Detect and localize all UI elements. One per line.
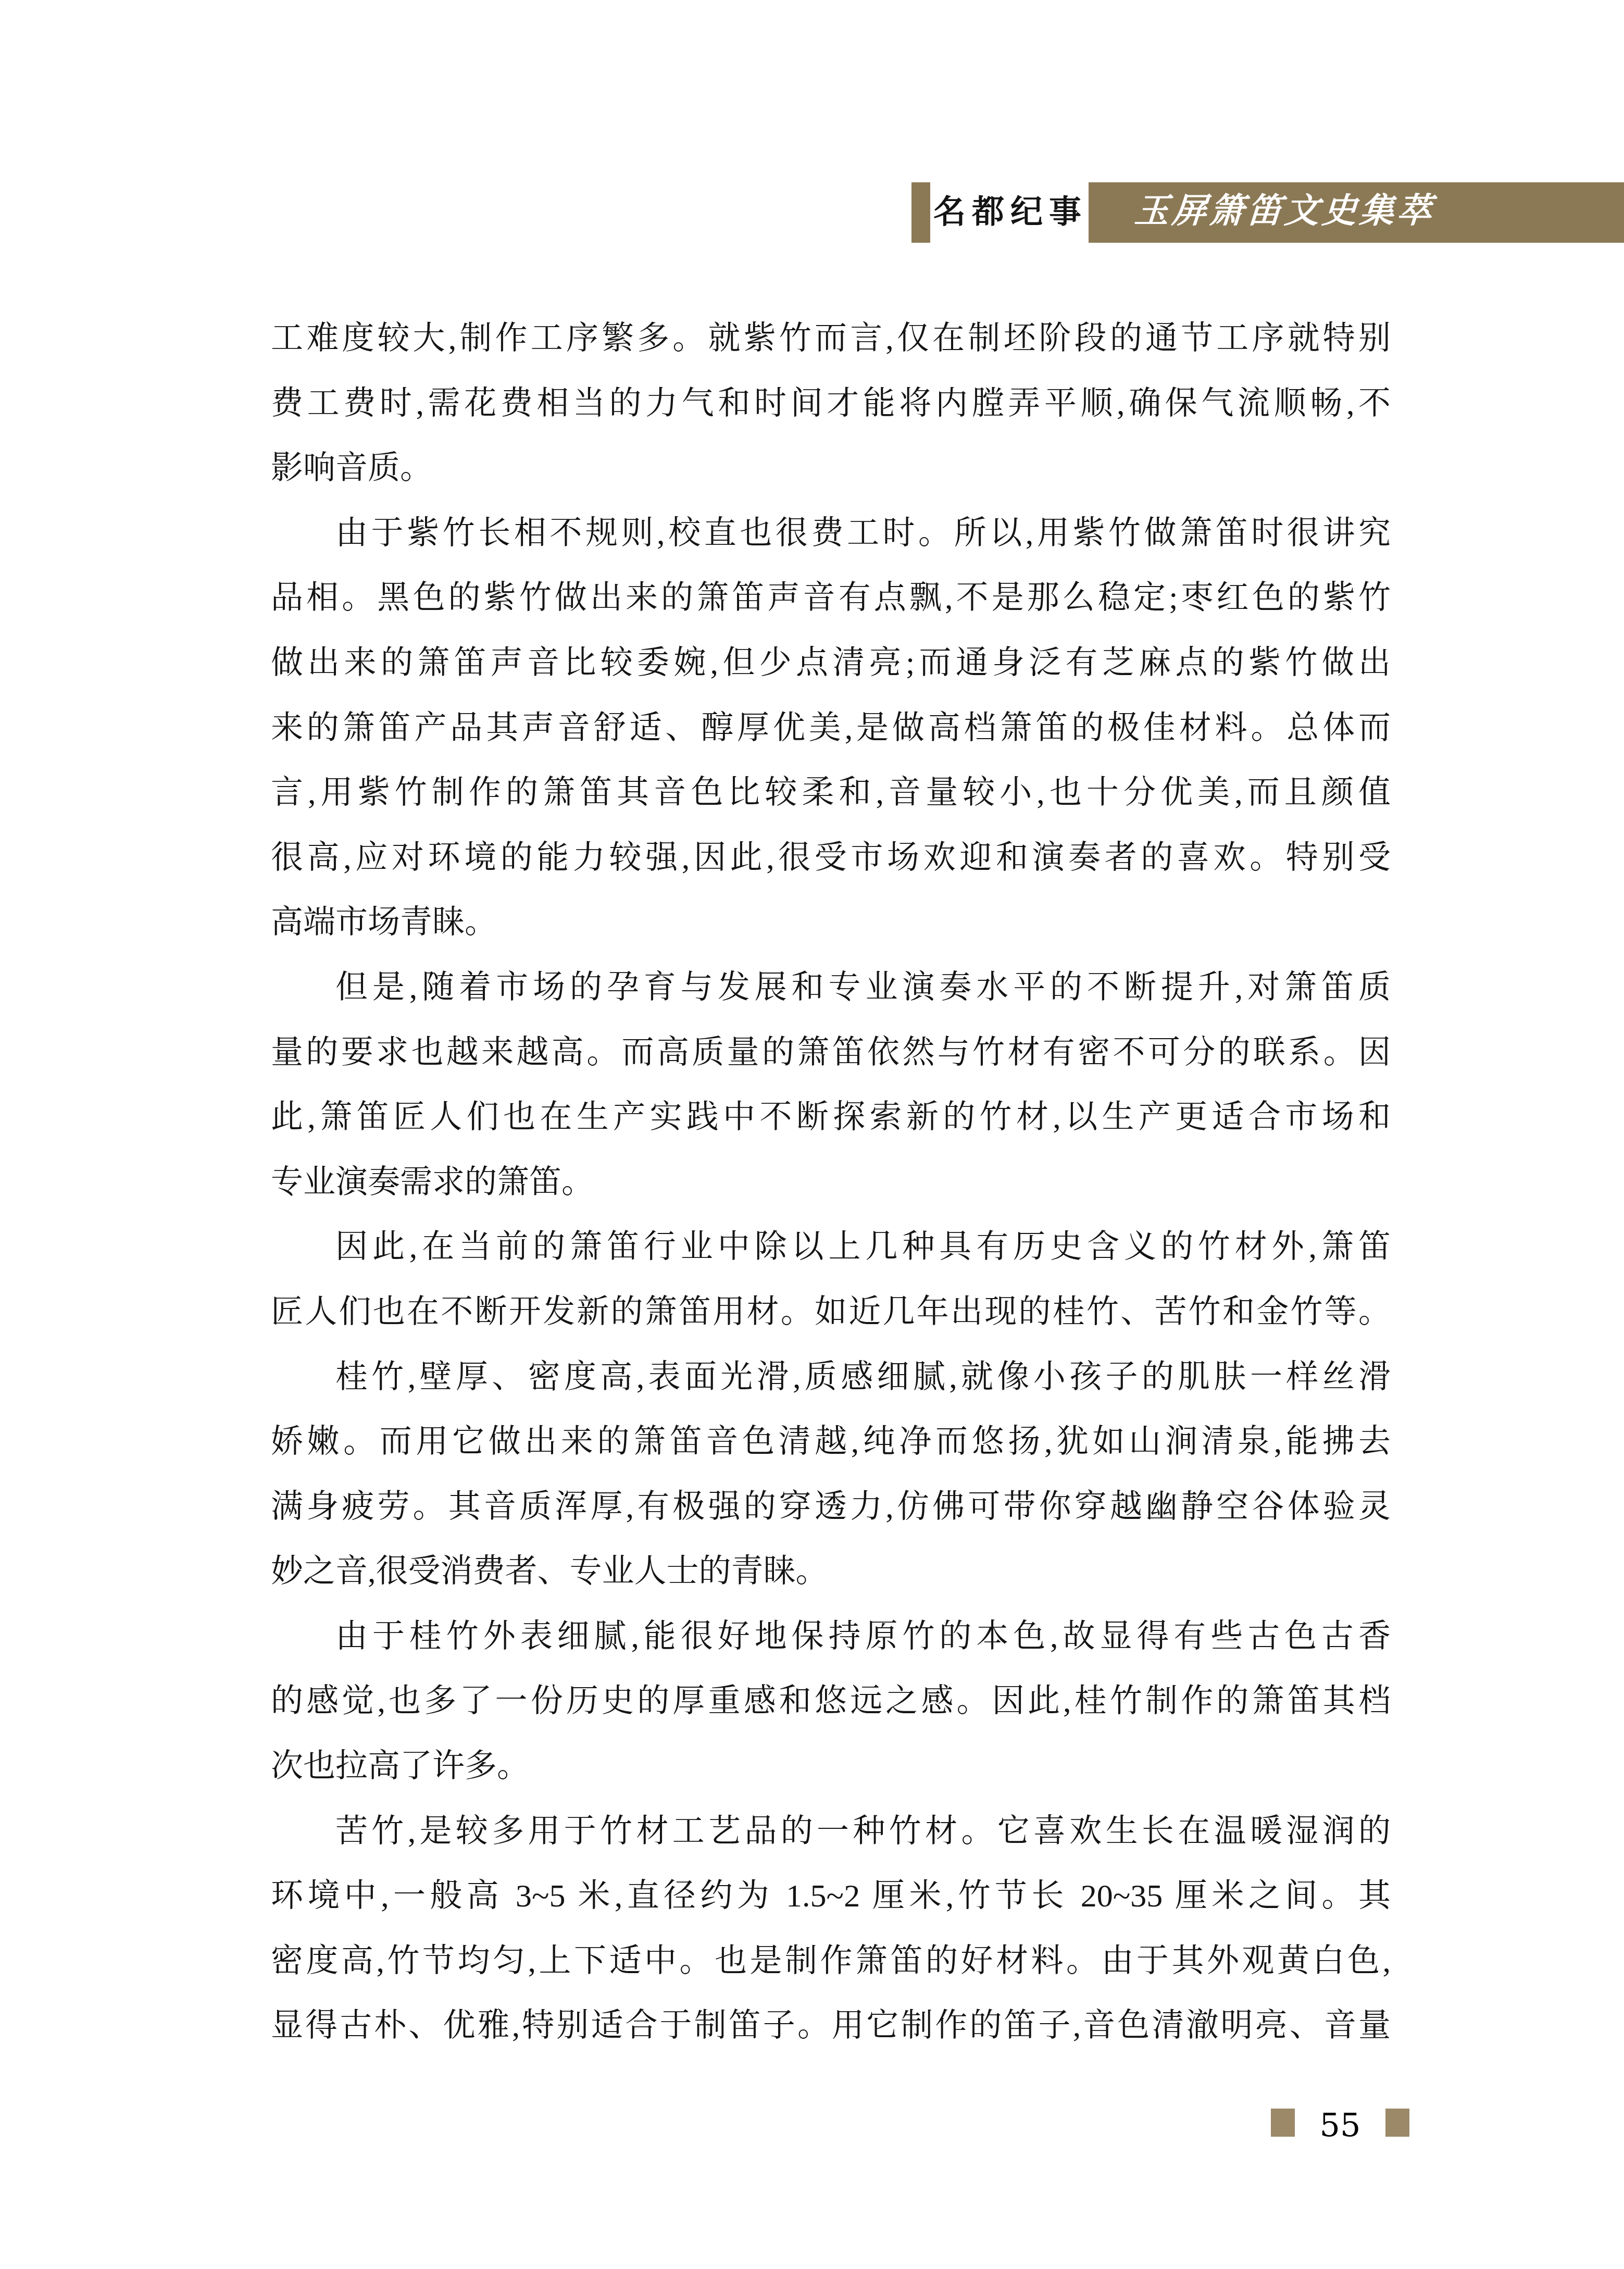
- header-section-label: 名都纪事: [933, 182, 1088, 243]
- body-text-line: 工难度较大,制作工序繁多。就紫竹而言,仅在制坯阶段的通节工序就特别: [271, 306, 1391, 371]
- body-text-line: 由于紫竹长相不规则,校直也很费工时。所以,用紫竹做箫笛时很讲究: [271, 501, 1391, 566]
- footer-ornament-left: [1271, 2109, 1295, 2137]
- body-text-line: 桂竹,壁厚、密度高,表面光滑,质感细腻,就像小孩子的肌肤一样丝滑: [271, 1345, 1391, 1410]
- body-text-line: 来的箫笛产品其声音舒适、醇厚优美,是做高档箫笛的极佳材料。总体而: [271, 696, 1391, 761]
- body-text-line: 匠人们也在不断开发新的箫笛用材。如近几年出现的桂竹、苦竹和金竹等。: [271, 1280, 1391, 1345]
- body-text-line: 高端市场青睐。: [271, 890, 1391, 955]
- body-text-line: 言,用紫竹制作的箫笛其音色比较柔和,音量较小,也十分优美,而且颜值: [271, 761, 1391, 826]
- body-text-line: 环境中,一般高 3~5 米,直径约为 1.5~2 厘米,竹节长 20~35 厘米…: [271, 1864, 1391, 1929]
- body-text-line: 影响音质。: [271, 436, 1391, 501]
- body-text-line: 因此,在当前的箫笛行业中除以上几种具有历史含义的竹材外,箫笛: [271, 1215, 1391, 1280]
- page-number: 55: [1295, 2104, 1385, 2146]
- body-text-line: 品相。黑色的紫竹做出来的箫笛声音有点飘,不是那么稳定;枣红色的紫竹: [271, 566, 1391, 631]
- body-text-line: 量的要求也越来越高。而高质量的箫笛依然与竹材有密不可分的联系。因: [271, 1020, 1391, 1086]
- body-text-line: 做出来的箫笛声音比较委婉,但少点清亮;而通身泛有芝麻点的紫竹做出: [271, 631, 1391, 696]
- body-text-line: 很高,应对环境的能力较强,因此,很受市场欢迎和演奏者的喜欢。特别受: [271, 826, 1391, 891]
- body-text-line: 次也拉高了许多。: [271, 1734, 1391, 1799]
- header-book-title-calligraphy: 玉屏箫笛文史集萃: [1132, 182, 1436, 243]
- page-header: 名都纪事 玉屏箫笛文史集萃: [0, 182, 1624, 243]
- body-text-line: 妙之音,很受消费者、专业人士的青睐。: [271, 1539, 1391, 1604]
- body-text-line: 专业演奏需求的箫笛。: [271, 1150, 1391, 1215]
- body-text-line: 娇嫩。而用它做出来的箫笛音色清越,纯净而悠扬,犹如山涧清泉,能拂去: [271, 1410, 1391, 1475]
- footer-ornament-right: [1385, 2109, 1409, 2137]
- body-text-line: 显得古朴、优雅,特别适合于制笛子。用它制作的笛子,音色清澈明亮、音量: [271, 1993, 1391, 2059]
- page-footer: 55: [0, 2104, 1624, 2146]
- body-text-line: 的感觉,也多了一份历史的厚重感和悠远之感。因此,桂竹制作的箫笛其档: [271, 1669, 1391, 1734]
- body-text-line: 此,箫笛匠人们也在生产实践中不断探索新的竹材,以生产更适合市场和: [271, 1085, 1391, 1150]
- body-text-line: 但是,随着市场的孕育与发展和专业演奏水平的不断提升,对箫笛质: [271, 955, 1391, 1020]
- body-text-line: 由于桂竹外表细腻,能很好地保持原竹的本色,故显得有些古色古香: [271, 1604, 1391, 1669]
- body-text-line: 苦竹,是较多用于竹材工艺品的一种竹材。它喜欢生长在温暖湿润的: [271, 1799, 1391, 1864]
- header-accent-bar: [911, 182, 930, 243]
- header-title-bar: 玉屏箫笛文史集萃: [1089, 182, 1624, 243]
- page: 名都纪事 玉屏箫笛文史集萃 工难度较大,制作工序繁多。就紫竹而言,仅在制坯阶段的…: [0, 0, 1624, 2269]
- body-text: 工难度较大,制作工序繁多。就紫竹而言,仅在制坯阶段的通节工序就特别费工费时,需花…: [271, 306, 1391, 2059]
- body-text-line: 费工费时,需花费相当的力气和时间才能将内膛弄平顺,确保气流顺畅,不: [271, 371, 1391, 437]
- body-text-line: 满身疲劳。其音质浑厚,有极强的穿透力,仿佛可带你穿越幽静空谷体验灵: [271, 1475, 1391, 1540]
- body-text-line: 密度高,竹节均匀,上下适中。也是制作箫笛的好材料。由于其外观黄白色,: [271, 1929, 1391, 1994]
